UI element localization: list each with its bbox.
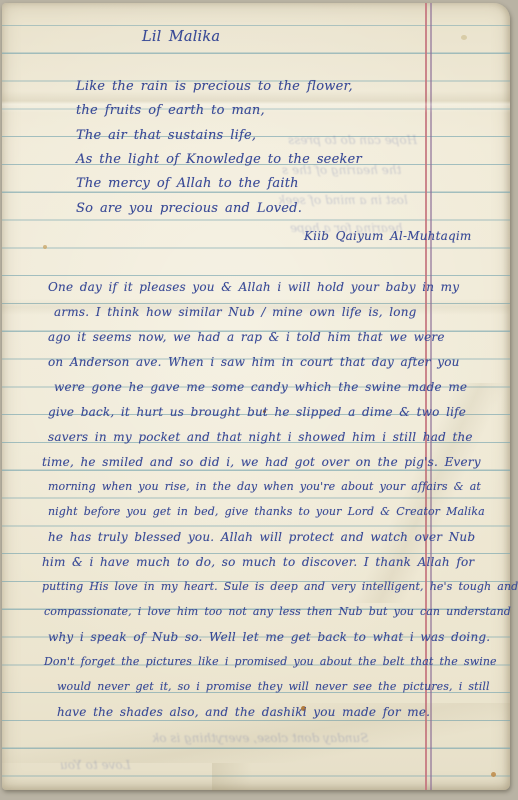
- bleed-through-line: Love to You: [60, 758, 131, 772]
- paper-crease: [212, 763, 252, 791]
- poem-line: As the light of Knowledge to the seeker: [76, 152, 362, 167]
- letter-title: Lil Malika: [142, 29, 220, 45]
- body-line: morning when you rise, in the day when y…: [48, 480, 481, 493]
- poem-line: The mercy of Allah to the faith: [76, 176, 299, 191]
- body-line: arms. I think how similar Nub / mine own…: [54, 305, 417, 319]
- body-line: him & i have much to do, so much to disc…: [42, 555, 474, 569]
- body-line: ago it seems now, we had a rap & i told …: [48, 330, 445, 344]
- body-line: savers in my pocket and that night i sho…: [48, 430, 473, 444]
- margin-rule-red: [425, 3, 427, 790]
- age-spot: [491, 772, 496, 777]
- paper-sheet: Hope can do to press the hearing of the …: [2, 3, 510, 790]
- body-line: Don't forget the pictures like i promise…: [44, 655, 497, 668]
- body-line: night before you get in bed, give thanks…: [48, 505, 485, 518]
- bleed-through-line: Sunday dont close, everything is ok: [152, 731, 368, 745]
- body-line: have the shades also, and the dashiki yo…: [57, 705, 430, 719]
- body-line: compassionate, i love him too not any le…: [44, 605, 511, 618]
- age-spot: [43, 245, 47, 249]
- margin-rule-purple: [430, 3, 432, 790]
- poem-line: The air that sustains life,: [76, 128, 256, 143]
- body-line: time, he smiled and so did i, we had got…: [42, 455, 481, 469]
- body-line: would never get it, so i promise they wi…: [57, 680, 490, 693]
- body-line: One day if it pleases you & Allah i will…: [48, 280, 459, 294]
- scanned-letter: Hope can do to press the hearing of the …: [0, 0, 518, 800]
- poem-signature: Kiib Qaiyum Al-Muhtaqim: [304, 229, 471, 243]
- ruled-line: [2, 25, 510, 26]
- body-line: putting His love in my heart. Sule is de…: [42, 580, 518, 593]
- poem-line: So are you precious and Loved.: [76, 201, 302, 216]
- bleed-through-line: Hope can do to press: [288, 133, 417, 147]
- poem-line: Like the rain is precious to the flower,: [76, 79, 353, 94]
- body-line: he has truly blessed you. Allah will pro…: [48, 530, 475, 544]
- body-line: were gone he gave me some candy which th…: [54, 380, 467, 394]
- age-spot: [461, 35, 467, 40]
- body-line: give back, it hurt us brought but he sli…: [48, 405, 466, 419]
- body-line: why i speak of Nub so. Well let me get b…: [48, 630, 490, 644]
- body-line: on Anderson ave. When i saw him in court…: [48, 355, 460, 369]
- poem-line: the fruits of earth to man,: [76, 103, 265, 118]
